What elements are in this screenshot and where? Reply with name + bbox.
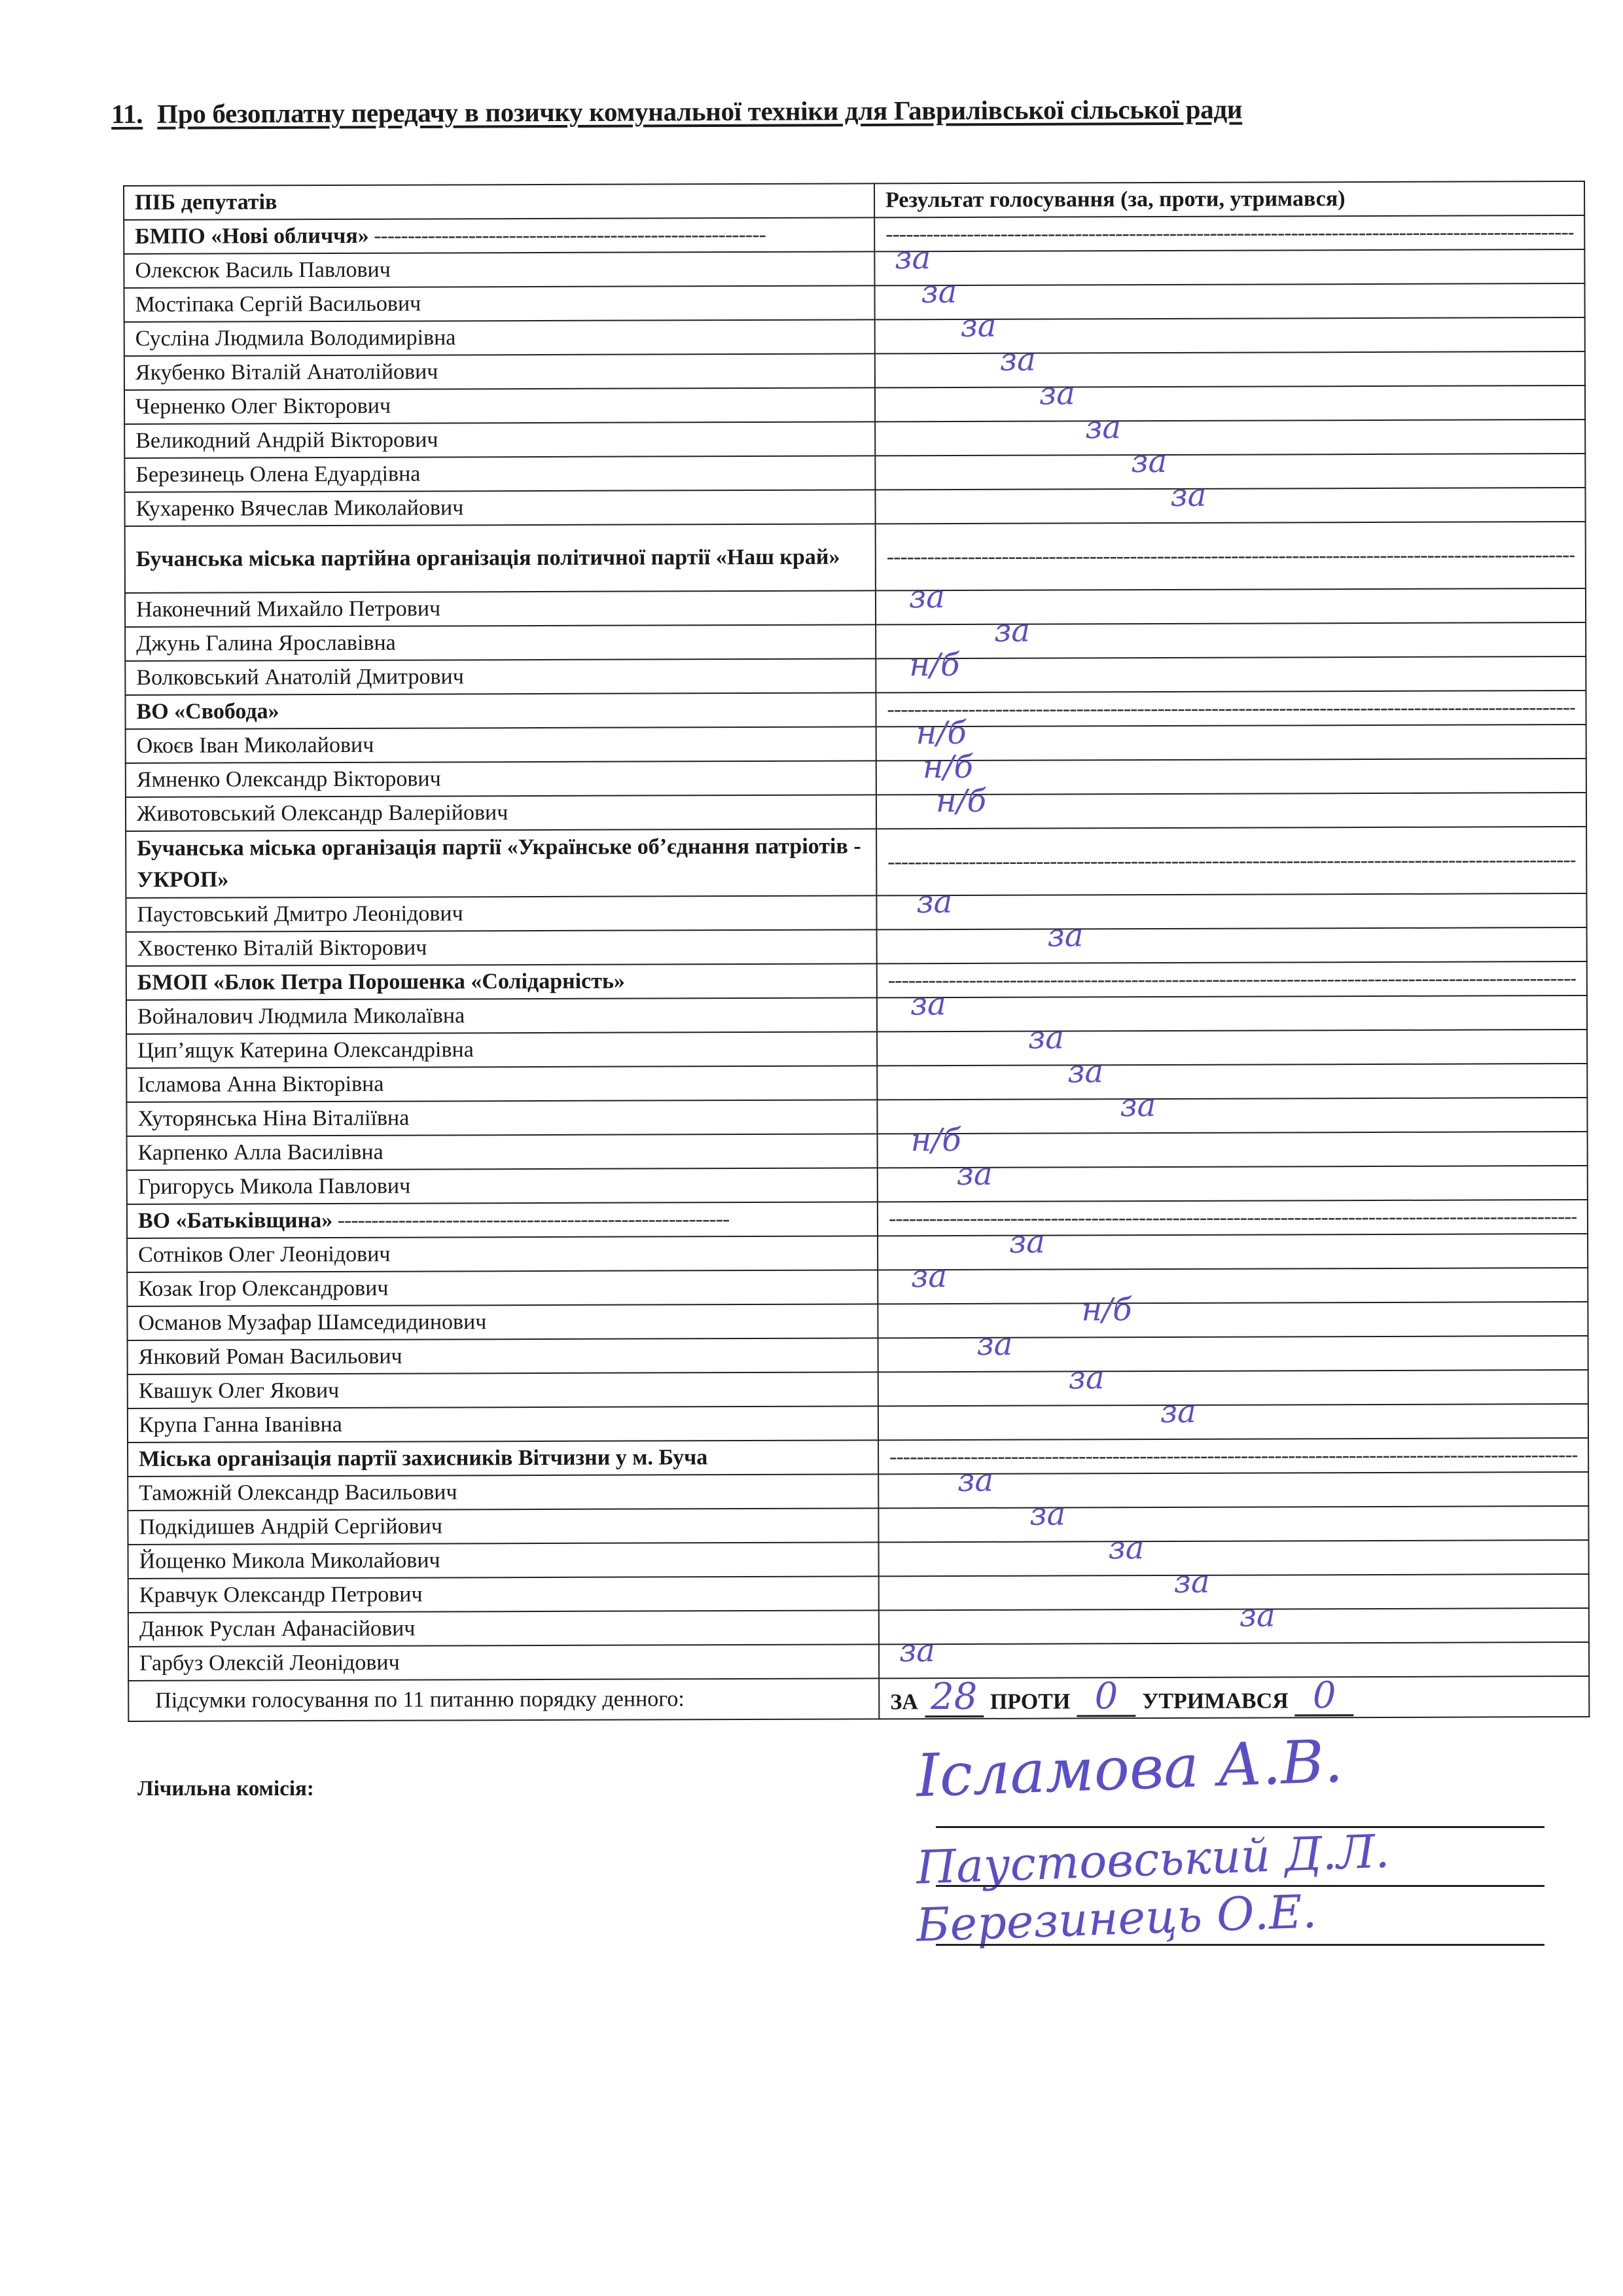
deputy-name: Окоєв Іван Миколайович [126,726,876,763]
party-result-cell: ----------------------------------------… [876,827,1586,895]
deputy-row: Таможній Олександр Васильовичза [128,1472,1588,1511]
deputy-vote-cell: за [877,1030,1587,1066]
deputy-vote-cell: за [874,283,1584,319]
party-name: ВО «Батьківщина» [138,1208,332,1233]
dash-filler: ----------------------------------------… [332,1207,729,1232]
dash-filler: ----------------------------------------… [887,692,1575,725]
deputy-name: Гарбуз Олексій Леонідович [128,1644,879,1681]
deputy-row: Сусліна Людмила Володимирівназа [124,317,1585,356]
dash-filler: ----------------------------------------… [369,223,766,248]
deputy-name: Ямненко Олександр Вікторович [126,761,876,797]
deputy-name: Животовський Олександр Валерійович [126,795,876,831]
deputy-vote-cell: за [879,1540,1589,1576]
party-name: Міська організація партії захисників Віт… [139,1445,707,1471]
summary-row: Підсумки голосування по 11 питанню поряд… [128,1676,1589,1721]
deputy-vote-cell: н/б [876,759,1586,795]
party-result-cell: ----------------------------------------… [878,1438,1588,1474]
deputy-row: Данюк Руслан Афанасійовичза [128,1608,1589,1647]
abstain-label: УТРИМАВСЯ [1142,1689,1288,1713]
party-result-cell: ----------------------------------------… [878,1200,1588,1236]
deputy-vote-cell: за [877,1064,1587,1100]
deputy-name: Кравчук Олександр Петрович [128,1576,879,1613]
party-name-cell: ВО «Свобода» [125,692,876,729]
deputy-name: Османов Музафар Шамседидинович [127,1304,878,1340]
abstain-count: 0 [1295,1677,1354,1716]
deputy-row: Григорусь Микола Павловичза [127,1166,1588,1204]
deputy-row: Наконечний Михайло Петровичза [125,588,1586,627]
deputy-row: Якубенко Віталій Анатолійовичза [124,351,1585,390]
deputy-name: Кухаренко Вячеслав Миколайович [124,490,875,526]
deputy-row: Войналович Людмила Миколаївназа [126,996,1587,1034]
deputy-row: Хуторянська Ніна Віталіївназа [126,1098,1587,1136]
against-label: ПРОТИ [990,1689,1071,1713]
party-group-row: Бучанська міська партійна організація по… [125,522,1586,593]
deputy-vote-cell: н/б [876,793,1586,829]
party-group-row: БМОП «Блок Петра Порошенка «Солідарність… [126,961,1587,1000]
deputy-row: Йощенко Микола Миколайовичза [128,1540,1589,1579]
dash-filler: ----------------------------------------… [889,1439,1577,1473]
deputy-vote-cell: за [875,488,1585,524]
deputy-vote-cell: за [878,1336,1588,1372]
deputy-row: Карпенко Алла Василівнан/б [127,1132,1588,1170]
deputy-name: Сотніков Олег Леонідович [127,1236,878,1272]
deputy-vote-cell: за [876,622,1586,658]
deputy-name: Великодний Андрій Вікторович [124,422,875,458]
agenda-item-title: 11.Про безоплатну передачу в позичку ком… [111,93,1242,130]
deputy-name: Хуторянська Ніна Віталіївна [126,1100,877,1136]
deputy-row: Животовський Олександр Валерійовичн/б [126,793,1586,831]
party-group-row: ВО «Батьківщина» -----------------------… [127,1200,1588,1238]
deputy-row: Великодний Андрій Вікторовичза [124,420,1585,458]
for-label: ЗА [890,1690,918,1714]
party-result-cell: ----------------------------------------… [877,961,1587,997]
party-group-row: Бучанська міська організація партії «Укр… [126,827,1586,898]
header-result: Результат голосування (за, проти, утрима… [874,181,1584,217]
deputy-name: Квашук Олег Якович [128,1372,878,1408]
deputy-name: Ісламова Анна Вікторівна [126,1066,877,1102]
party-name: ВО «Свобода» [136,699,279,724]
deputy-row: Гарбуз Олексій Леонідовичза [128,1642,1589,1681]
deputy-row: Березинець Олена Едуардівназа [124,454,1585,492]
deputy-row: Ямненко Олександр Вікторовичн/б [126,759,1586,797]
deputy-vote-cell: за [875,317,1585,353]
deputy-vote-cell: н/б [878,1132,1588,1168]
deputy-name: Карпенко Алла Василівна [127,1134,878,1170]
deputy-vote-cell: за [877,1098,1587,1134]
party-name-cell: Міська організація партії захисників Віт… [128,1440,878,1477]
dash-filler: ----------------------------------------… [887,844,1575,878]
deputy-row: Окоєв Іван Миколайовичн/б [126,725,1586,763]
deputy-name: Цип’ящук Катерина Олександрівна [126,1031,877,1068]
deputy-vote-cell: за [878,1268,1588,1304]
party-group-row: Міська організація партії захисників Віт… [128,1438,1588,1477]
deputy-name: Березинець Олена Едуардівна [124,456,875,492]
party-name: Бучанська міська партійна організація по… [136,545,840,571]
deputy-vote-cell: за [874,249,1584,285]
signature-1: Ісламова А.В. [915,1727,1344,1811]
deputy-vote-cell: за [878,1234,1588,1270]
deputy-vote-cell: за [877,927,1587,963]
deputy-row: Кухаренко Вячеслав Миколайовичза [124,488,1585,526]
deputy-name: Сусліна Людмила Володимирівна [124,319,875,356]
against-count: 0 [1077,1678,1135,1717]
deputy-name: Данюк Руслан Афанасійович [128,1610,879,1647]
deputy-vote-cell: за [877,996,1587,1031]
party-group-row: БМПО «Нові обличчя» --------------------… [124,215,1584,254]
deputy-name: Паустовський Дмитро Леонідович [126,895,876,932]
deputy-row: Квашук Олег Яковичза [128,1370,1588,1408]
deputy-name: Йощенко Микола Миколайович [128,1542,879,1579]
party-result-cell: ----------------------------------------… [876,691,1586,726]
signature-2: Паустовський Д.Л. [916,1824,1391,1894]
for-count: 28 [925,1679,984,1717]
summary-label: Підсумки голосування по 11 питанню поряд… [128,1678,879,1721]
party-result-cell: ----------------------------------------… [876,522,1586,590]
party-name-cell: БМОП «Блок Петра Порошенка «Солідарність… [126,963,877,1000]
deputy-name: Таможній Олександр Васильович [128,1474,878,1511]
signature-line-3 [936,1944,1544,1946]
party-name-cell: Бучанська міська організація партії «Укр… [126,829,876,898]
signature-line-1 [936,1826,1544,1828]
party-name: Бучанська міська організація партії «Укр… [137,834,861,892]
deputy-row: Подкідишев Андрій Сергійовичза [128,1506,1588,1545]
deputy-row: Ісламова Анна Вікторівназа [126,1064,1587,1102]
deputy-vote-cell: за [876,893,1586,929]
deputy-name: Черненко Олег Вікторович [124,387,875,424]
party-name-cell: Бучанська міська партійна організація по… [125,524,876,593]
deputy-vote-cell: за [878,1472,1588,1508]
summary-tally: ЗА28ПРОТИ0УТРИМАВСЯ0 [879,1676,1589,1719]
deputy-name: Подкідишев Андрій Сергійович [128,1508,878,1545]
deputy-row: Волковський Анатолій Дмитровичн/б [125,656,1586,695]
deputy-name: Олексюк Василь Павлович [124,251,874,288]
party-name-cell: БМПО «Нові обличчя» --------------------… [124,217,874,254]
header-deputies: ПІБ депутатів [124,183,874,220]
deputy-name: Крупа Ганна Іванівна [128,1406,878,1443]
party-name: БМОП «Блок Петра Порошенка «Солідарність… [137,969,625,995]
agenda-item-number: 11. [111,99,143,129]
deputy-vote-cell: н/б [878,1302,1588,1338]
deputy-row: Хвостенко Віталій Вікторовичза [126,927,1587,966]
deputy-name: Козак Ігор Олександрович [127,1270,878,1306]
deputy-vote-cell: за [879,1574,1589,1610]
deputy-vote-cell: за [875,420,1585,456]
deputy-row: Джунь Галина Ярославівназа [125,622,1586,661]
deputy-row: Паустовський Дмитро Леонідовичза [126,893,1586,932]
counting-commission-label: Лічильна комісія: [137,1777,314,1801]
deputy-row: Мостіпака Сергій Васильовичза [124,283,1584,322]
deputy-row: Кравчук Олександр Петровичза [128,1574,1589,1613]
deputy-row: Черненко Олег Вікторовичза [124,386,1585,424]
deputy-row: Цип’ящук Катерина Олександрівназа [126,1030,1587,1068]
deputy-row: Янковий Роман Васильовичза [128,1336,1588,1374]
deputy-name: Войналович Людмила Миколаївна [126,997,877,1034]
deputy-vote-cell: за [878,1370,1588,1406]
table-header-row: ПІБ депутатів Результат голосування (за,… [124,181,1584,220]
deputy-vote-cell: за [876,588,1586,624]
deputy-vote-cell: за [878,1404,1588,1440]
deputy-name: Джунь Галина Ярославівна [125,624,876,661]
deputy-name: Волковський Анатолій Дмитрович [125,658,876,695]
deputy-name: Янковий Роман Васильович [128,1338,878,1374]
deputy-row: Олексюк Василь Павловичза [124,249,1584,288]
deputy-row: Козак Ігор Олександровичза [127,1268,1588,1306]
dash-filler: ----------------------------------------… [887,539,1575,573]
deputy-vote-cell: н/б [876,725,1586,761]
voting-table: ПІБ депутатів Результат голосування (за,… [123,181,1590,1722]
agenda-item-text: Про безоплатну передачу в позичку комуна… [157,94,1242,128]
deputy-vote-cell: за [879,1642,1589,1678]
deputy-name: Наконечний Михайло Петрович [125,590,876,627]
dash-filler: ----------------------------------------… [888,963,1576,996]
party-result-cell: ----------------------------------------… [874,215,1584,251]
deputy-vote-cell: за [878,1506,1588,1542]
deputy-name: Хвостенко Віталій Вікторович [126,929,877,966]
deputy-name: Якубенко Віталій Анатолійович [124,353,875,390]
deputy-name: Григорусь Микола Павлович [127,1168,878,1204]
party-group-row: ВО «Свобода»----------------------------… [125,691,1586,729]
deputy-row: Крупа Ганна Іванівназа [128,1404,1588,1443]
deputy-vote-cell: за [878,1166,1588,1202]
deputy-row: Османов Музафар Шамседидиновичн/б [127,1302,1588,1340]
dash-filler: ----------------------------------------… [889,1201,1577,1234]
party-name: БМПО «Нові обличчя» [135,224,369,249]
party-name-cell: ВО «Батьківщина» -----------------------… [127,1202,878,1238]
deputy-vote-cell: за [875,386,1585,422]
deputy-vote-cell: за [875,454,1585,490]
deputy-name: Мостіпака Сергій Васильович [124,285,874,322]
deputy-vote-cell: за [875,351,1585,387]
deputy-row: Сотніков Олег Леонідовичза [127,1234,1588,1272]
dash-filler: ----------------------------------------… [885,217,1573,250]
deputy-vote-cell: н/б [876,656,1586,692]
signature-3: Березинець О.Е. [916,1884,1318,1952]
deputy-vote-cell: за [879,1608,1589,1644]
